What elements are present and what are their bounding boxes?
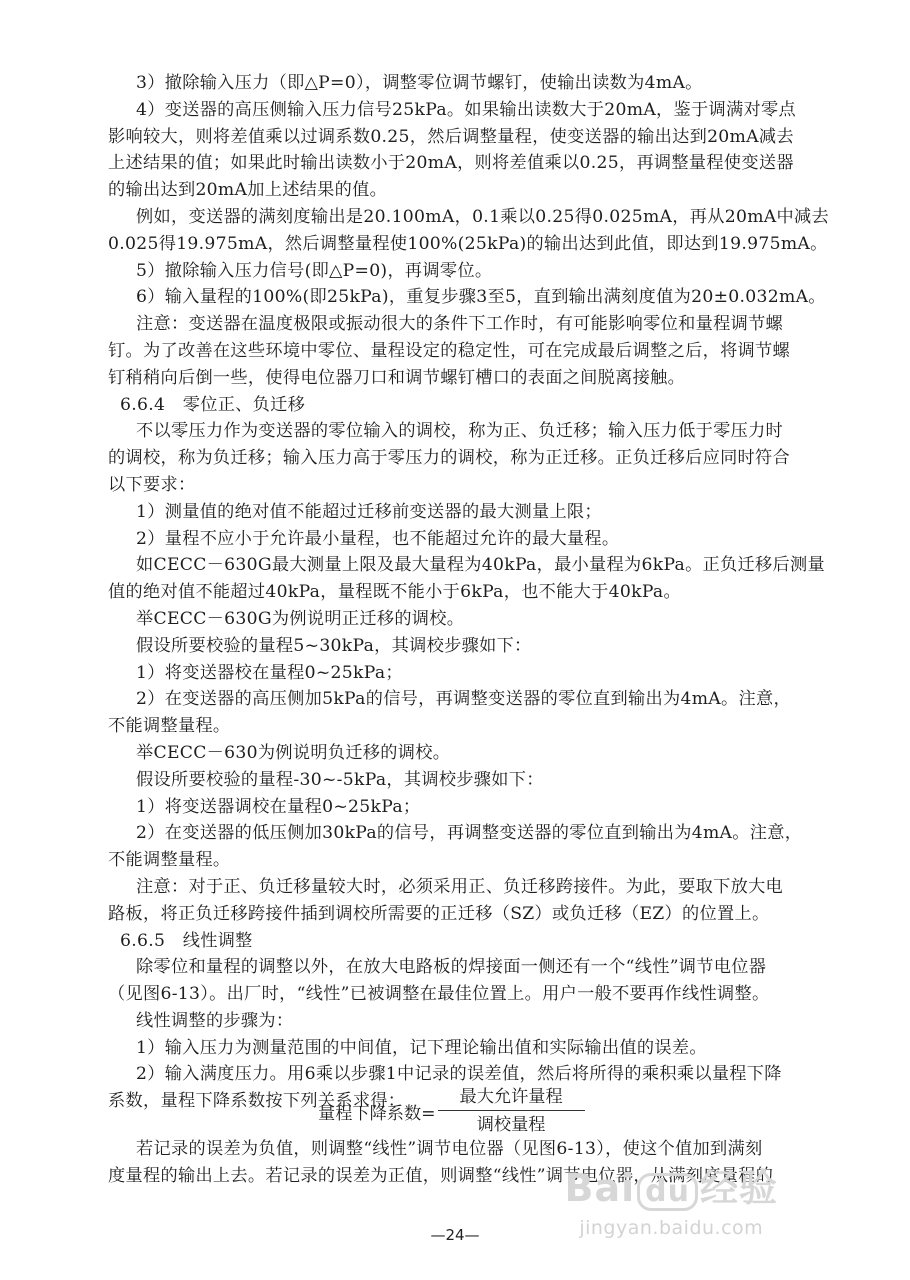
body-line: 上述结果的值；如果此时输出读数小于20mA，则将差值乘以0.25，再调整量程使变… [108, 150, 812, 177]
body-line: 4）变送器的高压侧输入压力信号25kPa。如果输出读数大于20mA，鉴于调满对零… [108, 97, 812, 124]
body-line: （见图6-13）。出厂时，“线性”已被调整在最佳位置上。用户一般不要再作线性调整… [108, 981, 812, 1008]
body-line: 以下要求： [108, 472, 812, 499]
body-line: 3）撤除输入压力（即△P=0），调整零位调节螺钉，使输出读数为4mA。 [108, 70, 812, 97]
section-heading-6-6-5: 6.6.5 线性调整 [108, 928, 812, 955]
body-line: 1）测量值的绝对值不能超过迁移前变送器的最大测量上限； [108, 499, 812, 526]
body-line: 6）输入量程的100%(即25kPa)，重复步骤3至5，直到输出满刻度值为20±… [108, 284, 812, 311]
body-line: 钉。为了改善在这些环境中零位、量程设定的稳定性，可在完成最后调整之后，将调节螺 [108, 338, 812, 365]
body-line: 不能调整量程。 [108, 847, 812, 874]
section-heading-6-6-4: 6.6.4 零位正、负迁移 [108, 392, 812, 419]
body-line: 0.025得19.975mA，然后调整量程使100%(25kPa)的输出达到此值… [108, 231, 812, 258]
body-line: 若记录的误差为负值，则调整“线性”调节电位器（见图6-13），使这个值加到满刻 [108, 1136, 812, 1163]
body-line: 除零位和量程的调整以外，在放大电路板的焊接面一侧还有一个“线性”调节电位器 [108, 954, 812, 981]
body-line: 假设所要校验的量程5~30kPa，其调校步骤如下： [108, 633, 812, 660]
range-reduction-formula: 量程下降系数= 最大允许量程 调校量程 [318, 1086, 585, 1136]
body-line: 假设所要校验的量程-30~-5kPa，其调校步骤如下： [108, 767, 812, 794]
formula-denominator: 调校量程 [477, 1111, 546, 1137]
body-line: 不能调整量程。 [108, 713, 812, 740]
body-line: 不以零压力作为变送器的零位输入的调校，称为正、负迁移；输入压力低于零压力时 [108, 418, 812, 445]
body-line: 举CECC－630G为例说明正迁移的调校。 [108, 606, 812, 633]
body-line: 例如，变送器的满刻度输出是20.100mA，0.1乘以0.25得0.025mA，… [108, 204, 812, 231]
body-line: 值的绝对值不能超过40kPa，量程既不能小于6kPa，也不能大于40kPa。 [108, 579, 812, 606]
body-line: 注意：变送器在温度极限或振动很大的条件下工作时，有可能影响零位和量程调节螺 [108, 311, 812, 338]
formula-lhs: 量程下降系数= [318, 1099, 436, 1124]
body-line: 2）输入满度压力。用6乘以步骤1中记录的误差值，然后将所得的乘积乘以量程下降 [108, 1061, 812, 1088]
formula-numerator: 最大允许量程 [438, 1086, 585, 1111]
body-line: 注意：对于正、负迁移量较大时，必须采用正、负迁移跨接件。为此，要取下放大电 [108, 874, 812, 901]
body-line: 2）量程不应小于允许最小量程，也不能超过允许的最大量程。 [108, 526, 812, 553]
body-line: 的输出达到20mA加上述结果的值。 [108, 177, 812, 204]
body-line: 的调校，称为负迁移；输入压力高于零压力的调校，称为正迁移。正负迁移后应同时符合 [108, 445, 812, 472]
page-number: —24— [0, 1226, 910, 1244]
body-line: 影响较大，则将差值乘以过调系数0.25，然后调整量程，使变送器的输出达到20mA… [108, 124, 812, 151]
body-line: 举CECC－630为例说明负迁移的调校。 [108, 740, 812, 767]
body-line: 1）输入压力为测量范围的中间值，记下理论输出值和实际输出值的误差。 [108, 1035, 812, 1062]
body-line: 2）在变送器的低压侧加30kPa的信号，再调整变送器的零位直到输出为4mA。注意… [108, 820, 812, 847]
body-line: 1）将变送器校在量程0~25kPa； [108, 660, 812, 687]
body-line: 度量程的输出上去。若记录的误差为正值，则调整“线性”调节电位器，从满刻度量程的 [108, 1163, 812, 1190]
body-line: 2）在变送器的高压侧加5kPa的信号，再调整变送器的零位直到输出为4mA。注意， [108, 686, 812, 713]
body-line: 钉稍稍向后倒一些，使得电位器刀口和调节螺钉槽口的表面之间脱离接触。 [108, 365, 812, 392]
body-line: 路板，将正负迁移跨接件插到调校所需要的正迁移（SZ）或负迁移（EZ）的位置上。 [108, 901, 812, 928]
formula-fraction: 最大允许量程 调校量程 [438, 1086, 585, 1137]
document-tail: 若记录的误差为负值，则调整“线性”调节电位器（见图6-13），使这个值加到满刻 … [108, 1136, 812, 1190]
body-line: 如CECC－630G最大测量上限及最大量程为40kPa，最小量程为6kPa。正负… [108, 552, 812, 579]
body-line: 1）将变送器调校在量程0~25kPa； [108, 794, 812, 821]
body-line: 5）撤除输入压力信号(即△P=0)，再调零位。 [108, 258, 812, 285]
body-line: 线性调整的步骤为： [108, 1008, 812, 1035]
document-body: 3）撤除输入压力（即△P=0），调整零位调节螺钉，使输出读数为4mA。 4）变送… [108, 70, 812, 1115]
